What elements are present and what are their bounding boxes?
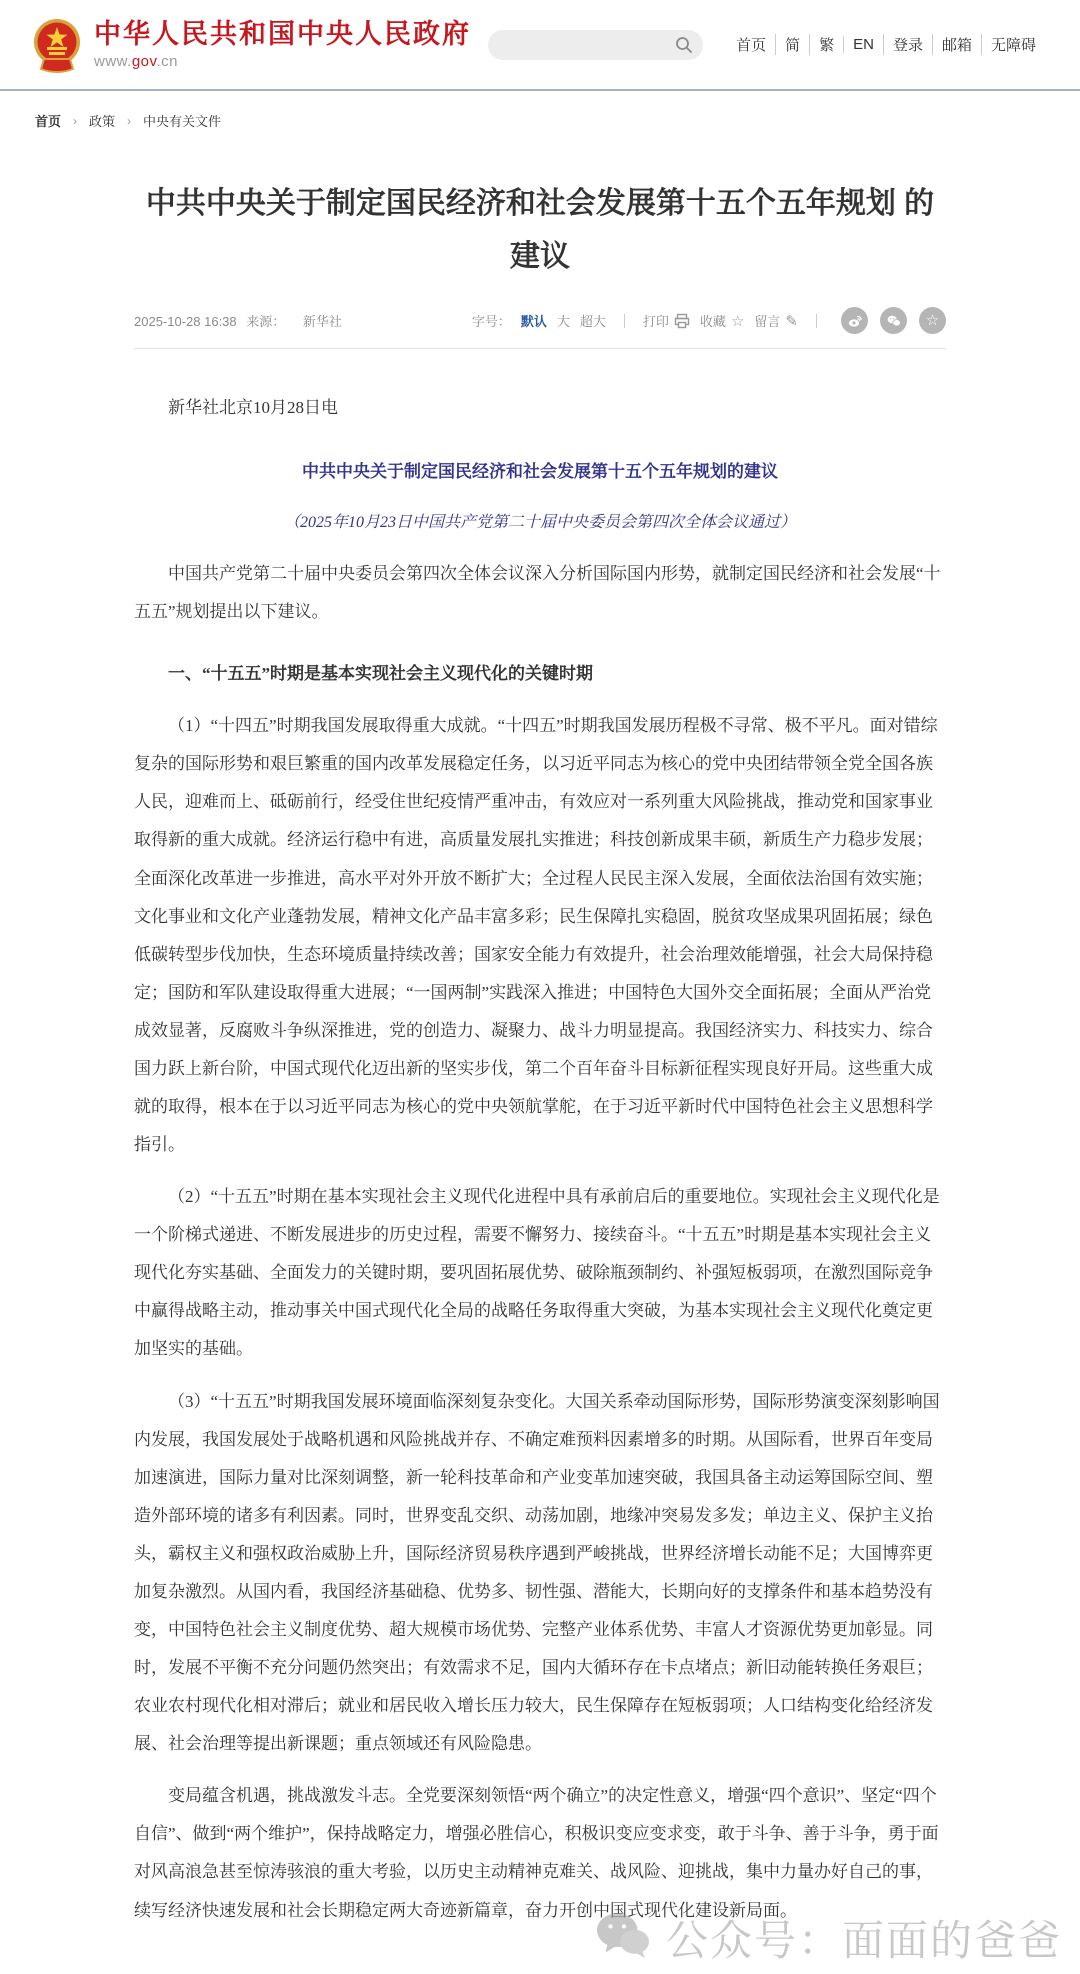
article-meta: 2025-10-28 16:38 来源： 新华社 [134,311,342,330]
site-brand[interactable]: 中华人民共和国中央人民政府 www.gov.cn [32,17,471,73]
article-body: 新华社北京10月28日电中共中央关于制定国民经济和社会发展第十五个五年规划的建议… [134,389,946,1974]
nav-accessibility[interactable]: 无障碍 [981,34,1045,55]
print-button[interactable]: 打印 [643,311,690,330]
comment-label: 留言 [754,311,780,330]
site-url-gov: gov [132,53,157,70]
nav-mailbox[interactable]: 邮箱 [932,34,981,55]
paragraph: 中国共产党第二十届中央委员会第四次全体会议深入分析国际国内形势，就制定国民经济和… [134,555,946,631]
favorite-label: 收藏 [700,311,726,330]
breadcrumb: 首页 › 政策 › 中央有关文件 [0,91,1080,136]
wechat-share-icon[interactable] [880,307,907,334]
nav-simplified[interactable]: 简 [775,34,809,55]
site-url-cn: .cn [156,53,178,70]
toolbar-divider [624,314,625,328]
article-meta-row: 2025-10-28 16:38 来源： 新华社 字号： 默认 大 超大 打印 … [134,307,946,334]
source-link[interactable]: 新华社 [303,314,342,329]
paragraph: （1）“十四五”时期我国发展取得重大成就。“十四五”时期我国发展历程极不寻常、极… [134,707,946,1164]
article: 中共中央关于制定国民经济和社会发展第十五个五年规划 的建议 2025-10-28… [134,178,946,1974]
print-label: 打印 [643,311,669,330]
site-title: 中华人民共和国中央人民政府 [94,19,471,50]
paragraph: 新华社北京10月28日电 [134,389,946,427]
breadcrumb-separator: › [127,114,131,128]
favorite-button[interactable]: 收藏 ☆ [700,311,744,330]
paragraph: （2025年10月23日中国共产党第二十届中央委员会第四次全体会议通过） [134,505,946,541]
paragraph: （3）“十五五”时期我国发展环境面临深刻复杂变化。大国关系牵动国际形势，国际形势… [134,1383,946,1764]
paragraph: （2）“十五五”时期在基本实现社会主义现代化进程中具有承前启后的重要地位。实现社… [134,1178,946,1368]
breadcrumb-separator: › [73,114,77,128]
comment-button[interactable]: 留言 ✎ [754,311,798,330]
pencil-icon: ✎ [785,312,798,330]
star-icon: ☆ [731,312,744,330]
font-size-large-button[interactable]: 大 [557,311,570,330]
breadcrumb-policy[interactable]: 政策 [89,111,115,130]
page-title: 中共中央关于制定国民经济和社会发展第十五个五年规划 的建议 [134,178,946,283]
font-size-label: 字号： [472,311,511,330]
meta-divider-line [134,348,946,349]
paragraph: 中共中央关于制定国民经济和社会发展第十五个五年规划的建议 [134,453,946,491]
article-toolbar: 字号： 默认 大 超大 打印 收藏 ☆ 留言 ✎ [472,307,946,334]
font-size-xlarge-button[interactable]: 超大 [580,311,606,330]
top-nav: 首页 简 繁 EN 登录 邮箱 无障碍 [727,34,1045,55]
breadcrumb-central-documents[interactable]: 中央有关文件 [143,111,221,130]
nav-home[interactable]: 首页 [727,34,775,55]
site-header: 中华人民共和国中央人民政府 www.gov.cn 首页 简 繁 EN 登录 邮箱… [0,0,1080,91]
paragraph: 变局蕴含机遇，挑战激发斗志。全党要深刻领悟“两个确立”的决定性意义，增强“四个意… [134,1777,946,1929]
qzone-star-share-icon[interactable]: ☆ [919,307,946,334]
source-label: 来源： [246,314,285,329]
search-input[interactable] [488,30,703,60]
breadcrumb-home[interactable]: 首页 [35,111,61,130]
section-heading: 一、“十五五”时期是基本实现社会主义现代化的关键时期 [134,655,946,693]
site-url: www.gov.cn [94,53,471,70]
toolbar-divider [816,314,817,328]
weibo-share-icon[interactable] [841,307,868,334]
search-bar [488,30,703,60]
national-emblem-logo [32,17,82,73]
publish-datetime: 2025-10-28 16:38 [134,314,237,329]
site-url-www: www. [94,53,132,70]
nav-traditional[interactable]: 繁 [809,34,843,55]
printer-icon [674,313,690,329]
font-size-default-button[interactable]: 默认 [521,311,547,330]
nav-login[interactable]: 登录 [883,34,932,55]
share-buttons: ☆ [841,307,946,334]
nav-english[interactable]: EN [843,36,883,53]
search-icon[interactable] [675,36,693,54]
